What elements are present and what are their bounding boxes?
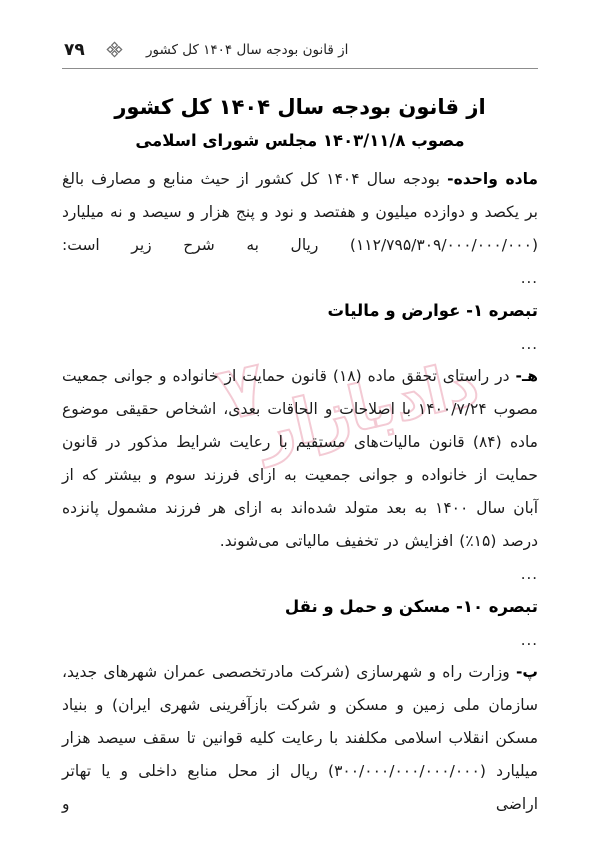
clause-paragraph-pe: پ- وزارت راه و شهرسازی (شرکت مادرتخصصی ع…: [62, 656, 538, 821]
article-lead-label: ماده واحده-: [447, 170, 538, 188]
clause-lead-label: پ-: [516, 663, 538, 681]
single-article-paragraph: ماده واحده- بودجه سال ۱۴۰۴ کل کشور از حی…: [62, 163, 538, 262]
document-subtitle: مصوب ۱۴۰۳/۱۱/۸ مجلس شورای اسلامی: [62, 125, 538, 157]
ellipsis-line: ...: [62, 328, 538, 360]
header-rule: [62, 68, 538, 69]
running-header-title: از قانون بودجه سال ۱۴۰۴ کل کشور: [146, 37, 348, 63]
diamond-ornament-icon: [106, 41, 123, 58]
section-heading-tabsereh-10: تبصره ۱۰- مسکن و حمل و نقل: [62, 590, 538, 624]
ellipsis-line: ...: [62, 558, 538, 590]
document-title: از قانون بودجه سال ۱۴۰۴ کل کشور: [62, 89, 538, 125]
ellipsis-line: ...: [62, 624, 538, 656]
clause-text: در راستای تحقق ماده (۱۸) قانون حمایت از …: [62, 367, 538, 550]
clause-lead-label: هـ-: [516, 367, 538, 385]
section-heading-tabsereh-1: تبصره ۱- عوارض و مالیات: [62, 294, 538, 328]
ellipsis-line: ...: [62, 262, 538, 294]
clause-text: وزارت راه و شهرسازی (شرکت مادرتخصصی عمرا…: [62, 663, 538, 813]
running-header: ۷۹ از قانون بودجه سال ۱۴۰۴ کل کشور: [62, 36, 538, 62]
page-number: ۷۹: [64, 37, 85, 63]
book-page: ۷ دادبازار ۷۹ از قانون بودجه سال ۱۴۰۴ کل…: [0, 0, 600, 850]
clause-paragraph-he: هـ- در راستای تحقق ماده (۱۸) قانون حمایت…: [62, 360, 538, 558]
